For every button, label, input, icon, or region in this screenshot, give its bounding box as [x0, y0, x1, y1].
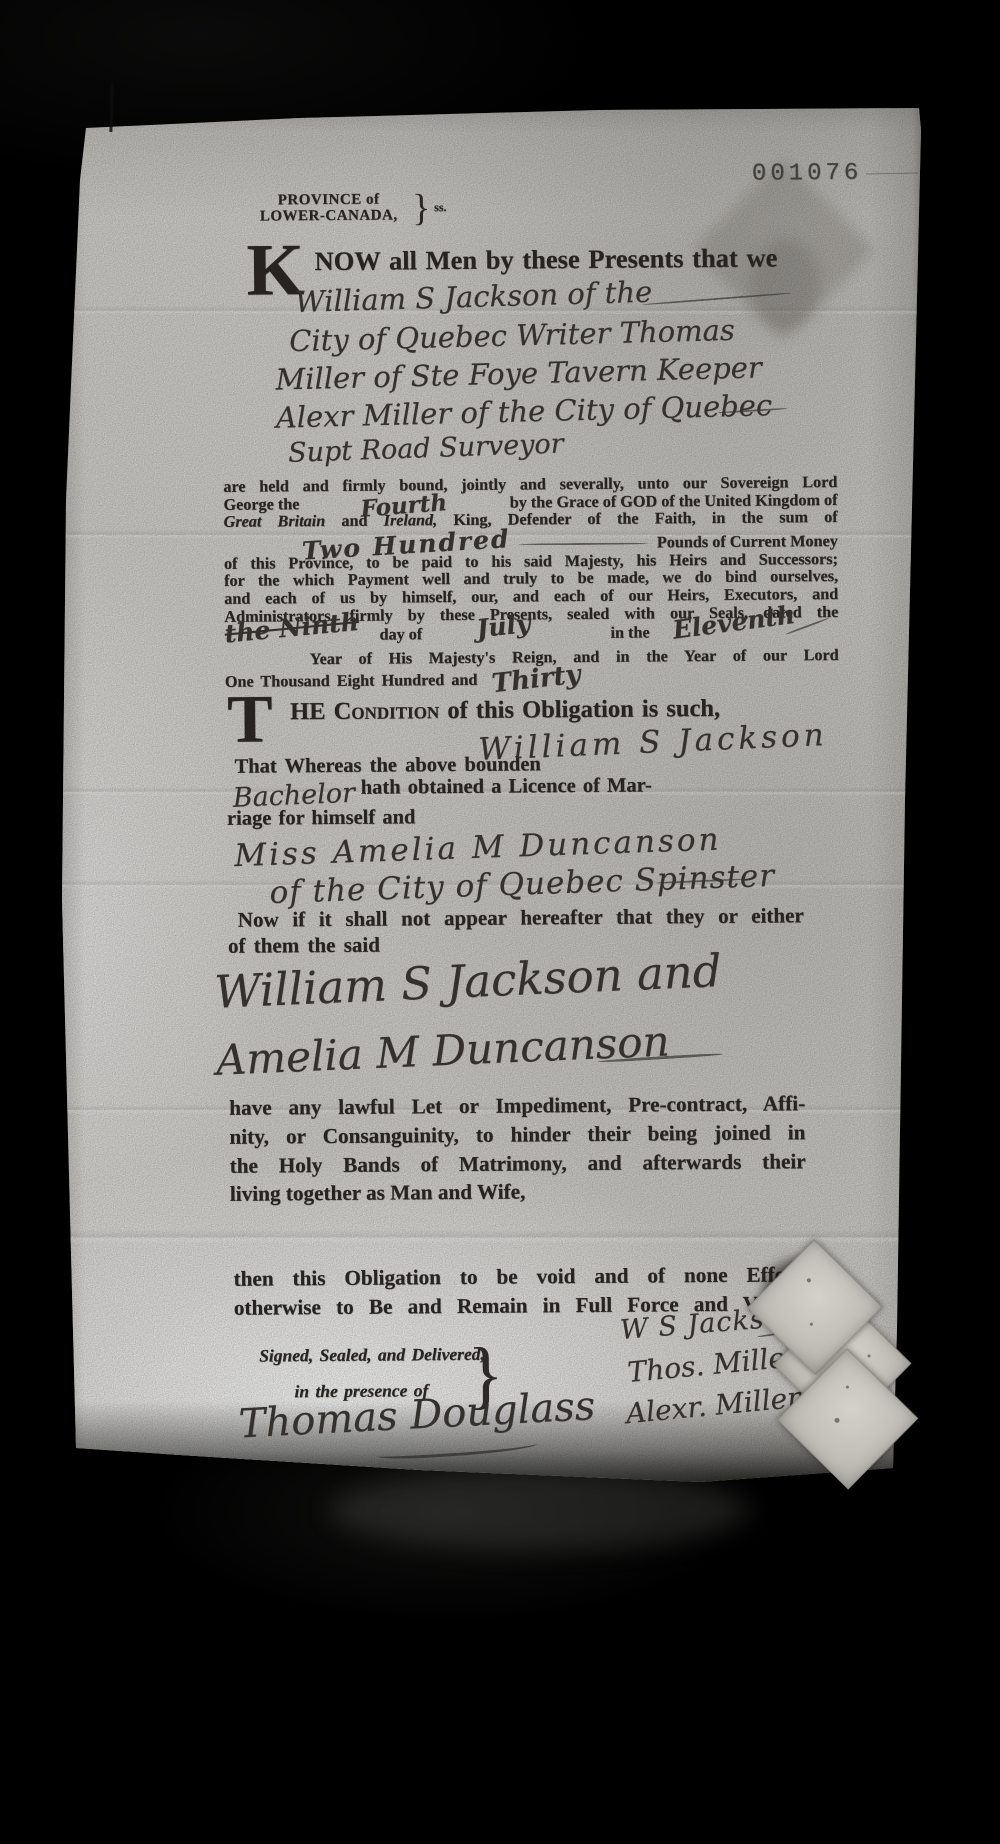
now-line2: of them the said [228, 933, 380, 959]
condition-heading-sc: HE Condition [290, 697, 439, 725]
condition-heading: HE Condition of this Obligation is such, [290, 695, 720, 726]
province-line1: PROVINCE of [246, 191, 411, 208]
signature-underline-flourish [378, 1439, 538, 1461]
year-hand: Thirty [491, 667, 581, 694]
attestation-line1: Signed, Sealed, and Delivered, [259, 1344, 485, 1367]
province-heading: PROVINCE of LOWER-CANADA, [246, 191, 411, 224]
date-inthe-label: in the [610, 625, 649, 643]
bond-paragraph: are held and firmly bound, jointly and s… [223, 474, 839, 692]
impediment-line3: the Holy Bands of Matrimony, and afterwa… [230, 1147, 806, 1180]
opening-line: NOW all Men by these Presents that we [314, 242, 777, 277]
condition-heading-rest: of this Obligation is such, [447, 695, 720, 724]
impediment-line1: have any lawful Let or Impediment, Pre-c… [229, 1089, 805, 1122]
serial-number-stamp: 001076 [752, 160, 863, 188]
obligors-hand-line4: Alexr Miller of the City of Quebec [275, 388, 772, 435]
pen-flourish [519, 542, 649, 545]
licence-line2: riage for himself and [227, 806, 416, 830]
bond-line3-rest: King, Defender of the Faith, in the sum … [453, 508, 837, 529]
scan-haze [330, 1470, 750, 1550]
now-line1: Now if it shall not appear hereafter tha… [238, 903, 804, 932]
void-line1: then this Obligation to be void and of n… [233, 1260, 800, 1293]
bond-line2-pre: George the [223, 496, 299, 514]
document-content: 001076 PROVINCE of LOWER-CANADA, } ss. K… [0, 0, 1000, 1844]
bond-line3-britain: Great Britain [224, 512, 326, 531]
obligors-hand-line5: Supt Road Surveyor [288, 429, 564, 469]
signature-alex-miller: Alexr. Miller [624, 1381, 801, 1430]
obligors-hand-line2: City of Quebec Writer Thomas [289, 313, 735, 358]
date-dayof-label: day of [379, 626, 422, 644]
microfilm-scan: 001076 PROVINCE of LOWER-CANADA, } ss. K… [0, 0, 1000, 1844]
impediment-line2: nity, or Consanguinity, to hinder their … [229, 1118, 805, 1151]
impediment-paragraph: have any lawful Let or Impediment, Pre-c… [229, 1089, 806, 1209]
groom-name-hand: William S Jackson [478, 717, 829, 768]
date-day-hand: the Ninth [224, 613, 360, 643]
pen-flourish [642, 292, 792, 306]
names-big-line2: Amelia M Duncanson [215, 1016, 671, 1084]
jurat-abbr: ss. [434, 200, 446, 215]
witness-signature: Thomas Douglass [238, 1383, 597, 1447]
condition-dropcap: T [227, 689, 273, 747]
province-line2: LOWER-CANADA, [246, 207, 411, 224]
regnal-name-hand: Fourth [360, 494, 448, 518]
date-month-hand: July [476, 615, 532, 639]
province-brace: } [412, 186, 431, 230]
impediment-line4: living together as Man and Wife, [230, 1176, 806, 1209]
bond-date-line: the Ninth day of July in the Eleventh [224, 621, 838, 652]
obligors-hand-line1: William S Jackson of the [294, 275, 652, 319]
licence-line1: hath obtained a Licence of Mar- [361, 774, 652, 799]
